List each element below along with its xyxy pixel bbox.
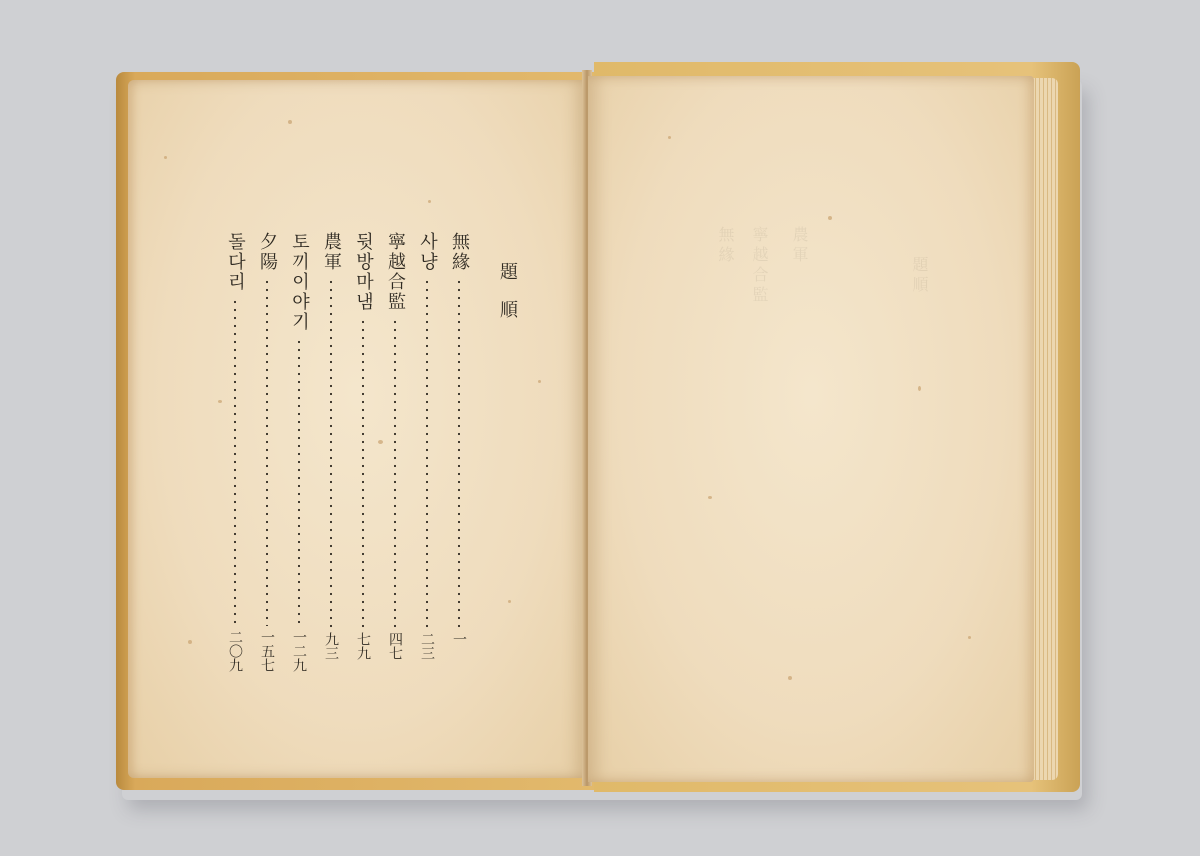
toc-entry-page: 四七 [388, 632, 402, 672]
paper-speck [828, 216, 832, 220]
right-page: 無緣 寧越合監 農軍 題順 [588, 76, 1034, 782]
paper-speck [968, 636, 971, 639]
toc-entry-page: 一 [452, 632, 466, 672]
paper-speck [288, 120, 292, 124]
bleed-through-text: 寧越合監 [748, 226, 771, 626]
toc-entry-page: 七九 [356, 632, 370, 672]
toc-entry-title: 夕陽 [258, 232, 276, 272]
paper-speck [668, 136, 671, 139]
paper-speck [788, 676, 792, 680]
paper-speck [428, 200, 431, 203]
paper-speck [538, 380, 541, 383]
toc-entry: 無緣 一 [444, 232, 474, 672]
leader-dots [394, 318, 396, 628]
page-block-edges [1032, 78, 1058, 780]
bleed-through-text: 農軍 [788, 226, 811, 626]
leader-dots [234, 298, 236, 626]
leader-dots [298, 338, 300, 626]
paper-speck [508, 600, 511, 603]
toc-entry-title: 寧越合監 [386, 232, 404, 312]
leader-dots [426, 278, 428, 628]
toc-entry: 뒷방마냄 七九 [348, 232, 378, 672]
toc-entry: 사냥 二三 [412, 232, 442, 672]
toc-entry: 夕陽 一五七 [252, 232, 282, 672]
paper-speck [188, 640, 192, 644]
leader-dots [266, 278, 268, 626]
toc-entry-page: 一二九 [292, 630, 306, 672]
toc-entry-page: 一五七 [260, 630, 274, 672]
toc-entry: 農軍 九三 [316, 232, 346, 672]
toc-entry: 토끼이야기 一二九 [284, 232, 314, 672]
toc-entry-title: 돌다리 [226, 232, 244, 292]
toc-entry-page: 九三 [324, 632, 338, 672]
toc-entry: 돌다리 二〇九 [220, 232, 250, 672]
leader-dots [362, 318, 364, 628]
bleed-through-text: 題順 [908, 256, 931, 656]
toc-entry-page: 二〇九 [228, 630, 242, 672]
toc-entry-title: 農軍 [322, 232, 340, 272]
toc-entry-title: 토끼이야기 [290, 232, 308, 332]
toc-title: 題順 [494, 262, 520, 338]
toc-entry-page: 二三 [420, 632, 434, 672]
toc-entry-title: 뒷방마냄 [354, 232, 372, 312]
toc-entry-title: 사냥 [418, 232, 436, 272]
leader-dots [330, 278, 332, 628]
paper-speck [708, 496, 712, 499]
toc-entry: 寧越合監 四七 [380, 232, 410, 672]
toc-entry-title: 無緣 [450, 232, 468, 272]
paper-speck [164, 156, 167, 159]
bleed-through-text: 無緣 [714, 226, 737, 626]
leader-dots [458, 278, 460, 628]
